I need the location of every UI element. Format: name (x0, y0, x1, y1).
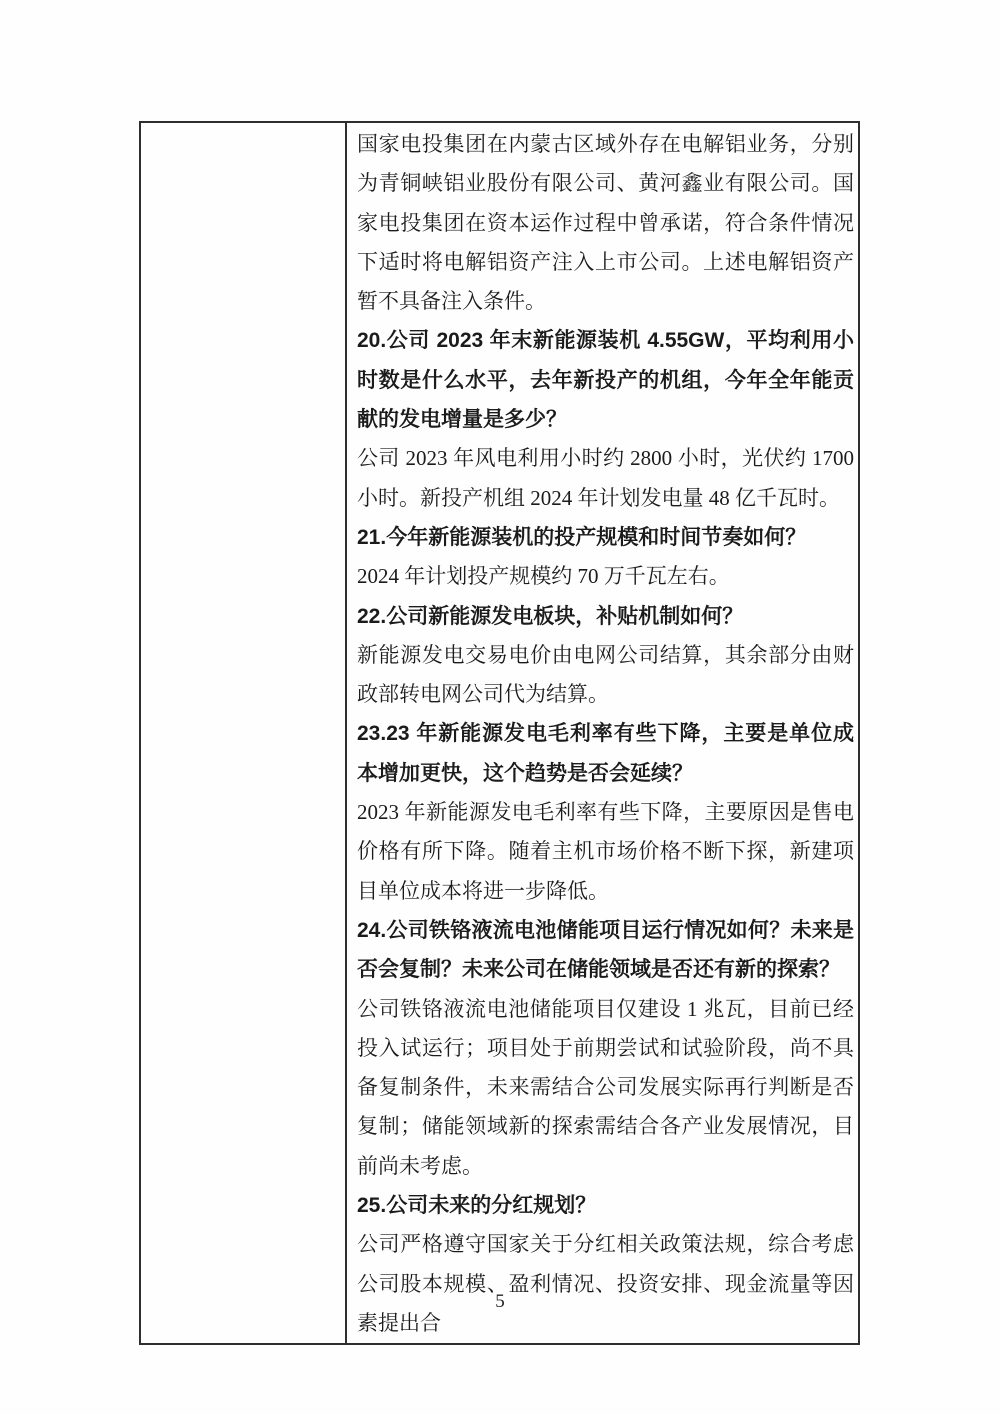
document-page: 国家电投集团在内蒙古区域外存在电解铝业务，分别为青铜峡铝业股份有限公司、黄河鑫业… (0, 0, 1000, 1414)
answer-paragraph: 公司严格遵守国家关于分红相关政策法规，综合考虑公司股本规模、盈利情况、投资安排、… (357, 1225, 854, 1343)
question-paragraph: 20.公司 2023 年末新能源装机 4.55GW，平均利用小时数是什么水平，去… (357, 321, 854, 439)
answer-paragraph: 国家电投集团在内蒙古区域外存在电解铝业务，分别为青铜峡铝业股份有限公司、黄河鑫业… (357, 125, 854, 321)
question-paragraph: 23.23 年新能源发电毛利率有些下降，主要是单位成本增加更快，这个趋势是否会延… (357, 714, 854, 793)
question-paragraph: 22.公司新能源发电板块，补贴机制如何？ (357, 597, 854, 636)
question-paragraph: 24.公司铁铬液流电池储能项目运行情况如何？未来是否会复制？未来公司在储能领域是… (357, 911, 854, 990)
answer-paragraph: 公司铁铬液流电池储能项目仅建设 1 兆瓦，目前已经投入试运行；项目处于前期尝试和… (357, 990, 854, 1186)
answer-paragraph: 2024 年计划投产规模约 70 万千瓦左右。 (357, 557, 854, 596)
answer-paragraph: 2023 年新能源发电毛利率有些下降，主要原因是售电价格有所下降。随着主机市场价… (357, 793, 854, 911)
page-number: 5 (0, 1291, 1000, 1313)
answer-paragraph: 新能源发电交易电价由电网公司结算，其余部分由财政部转电网公司代为结算。 (357, 636, 854, 715)
question-paragraph: 25.公司未来的分红规划？ (357, 1186, 854, 1225)
label-cell (140, 122, 346, 1344)
qa-blocks: 国家电投集团在内蒙古区域外存在电解铝业务，分别为青铜峡铝业股份有限公司、黄河鑫业… (357, 125, 854, 1343)
table-row: 国家电投集团在内蒙古区域外存在电解铝业务，分别为青铜峡铝业股份有限公司、黄河鑫业… (140, 122, 859, 1344)
content-cell: 国家电投集团在内蒙古区域外存在电解铝业务，分别为青铜峡铝业股份有限公司、黄河鑫业… (346, 122, 859, 1344)
answer-paragraph: 公司 2023 年风电利用小时约 2800 小时，光伏约 1700 小时。新投产… (357, 439, 854, 518)
question-paragraph: 21.今年新能源装机的投产规模和时间节奏如何？ (357, 518, 854, 557)
qa-table: 国家电投集团在内蒙古区域外存在电解铝业务，分别为青铜峡铝业股份有限公司、黄河鑫业… (139, 121, 860, 1345)
